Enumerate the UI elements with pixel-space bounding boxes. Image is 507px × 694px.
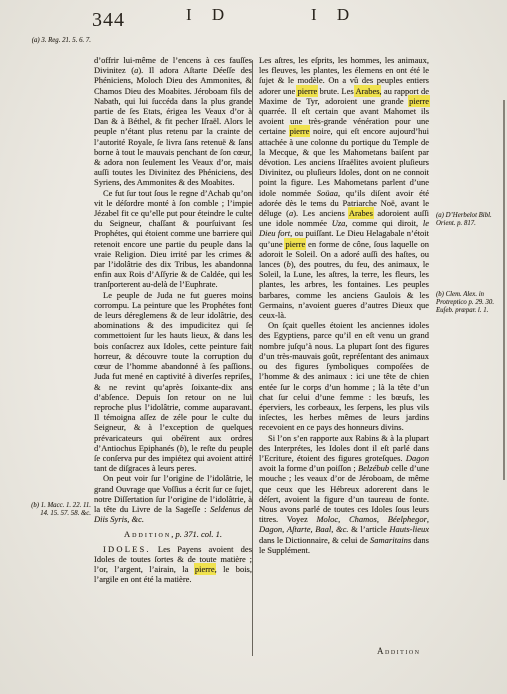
- running-header-right: I D: [311, 5, 357, 25]
- paragraph: IDOLES. Les Payens avoient des Idoles de…: [94, 544, 252, 585]
- text-run: Samaritains: [370, 535, 411, 545]
- catchword: Addition: [377, 646, 421, 656]
- search-term-highlight: pierre: [285, 239, 305, 249]
- margin-note: (b) 1. Macc. 1. 22. 11. 14. 15. 57. 58. …: [26, 502, 91, 518]
- text-run: Hauts-lieux: [389, 524, 429, 534]
- paragraph: d’offrir lui-même de l’encens à ces fauſ…: [94, 55, 252, 188]
- search-term-highlight: pierre: [290, 126, 310, 136]
- page-number: 344: [92, 9, 125, 32]
- text-run: ,: [377, 514, 388, 524]
- text-run: Moloc: [316, 514, 338, 524]
- text-run: ). Il adora Aſtarte Déeſſe des Phénicien…: [94, 65, 252, 187]
- column-divider-rule: [252, 60, 253, 656]
- text-run: Ce fut ſur tout ſous le regne d’Achab qu…: [94, 188, 252, 290]
- right-margin-notes: (a) D’Herbelot Bibl. Orient. p. 817.(b) …: [436, 0, 503, 694]
- paragraph: Le peuple de Juda ne fut gueres moins co…: [94, 290, 252, 474]
- search-term-highlight: pierre: [409, 96, 429, 106]
- margin-note: (b) Clem. Alex. in Protreptico p. 29. 30…: [436, 291, 503, 316]
- search-term-highlight: Arabes: [355, 86, 379, 96]
- text-run: Soüaa: [317, 188, 338, 198]
- text-run: Béelphegor: [388, 514, 427, 524]
- left-margin-notes: (a) 3. Reg. 21. 5. 6. 7.(b) 1. Macc. 1. …: [26, 0, 91, 694]
- margin-note: (a) D’Herbelot Bibl. Orient. p. 817.: [436, 212, 503, 228]
- paragraph: Les aſtres, les eſprits, les hommes, les…: [259, 55, 429, 320]
- text-run: Aſtarte: [287, 524, 311, 534]
- text-run: Uza: [332, 218, 346, 228]
- text-run: Chamos: [349, 514, 377, 524]
- text-run: On ſçait quelles étoient les anciennes i…: [259, 320, 429, 432]
- paragraph: Si l’on s’en rapporte aux Rabins & à la …: [259, 433, 429, 555]
- text-run: Dagon: [259, 524, 282, 534]
- text-run: Dagon: [406, 453, 429, 463]
- paragraph: On peut voir ſur l’origine de l’idolâtri…: [94, 473, 252, 524]
- section-heading: Addition, p. 371. col. 1.: [94, 529, 252, 539]
- paragraph: Ce fut ſur tout ſous le regne d’Achab qu…: [94, 188, 252, 290]
- text-run: dans le Dictionnaire, & celui de: [259, 535, 370, 545]
- running-header-left: I D: [186, 5, 232, 25]
- left-text-column: d’offrir lui-même de l’encens à ces fauſ…: [94, 55, 252, 584]
- page-edge-rule: [503, 100, 505, 480]
- text-run: brute. Les: [317, 86, 355, 96]
- text-run: Addition: [124, 529, 171, 539]
- margin-note: (a) 3. Reg. 21. 5. 6. 7.: [26, 37, 91, 45]
- search-term-highlight: Arabes: [349, 208, 373, 218]
- search-term-highlight: pierre: [195, 564, 215, 574]
- paragraph: On ſçait quelles étoient les anciennes i…: [259, 320, 429, 432]
- text-run: & l’article: [349, 524, 390, 534]
- text-run: ). Les anciens: [293, 208, 349, 218]
- text-run: Baal: [315, 524, 331, 534]
- text-run: Si l’on s’en rapporte aux Rabins & à la …: [259, 433, 429, 463]
- text-run: , comme qui diroit,: [345, 218, 422, 228]
- right-text-column: Les aſtres, les eſprits, les hommes, les…: [259, 55, 429, 555]
- text-run: ,: [338, 514, 349, 524]
- text-run: &c.: [336, 524, 349, 534]
- text-run: avoit la forme d’un poiſſon ;: [259, 463, 358, 473]
- text-run: Le peuple de Juda ne fut gueres moins co…: [94, 290, 252, 453]
- text-run: Belzébub: [358, 463, 389, 473]
- text-run: IDOLES.: [103, 544, 151, 554]
- text-run: ,: [427, 514, 429, 524]
- search-term-highlight: pierre: [297, 86, 317, 96]
- text-run: p. 371. col. 1.: [175, 529, 222, 539]
